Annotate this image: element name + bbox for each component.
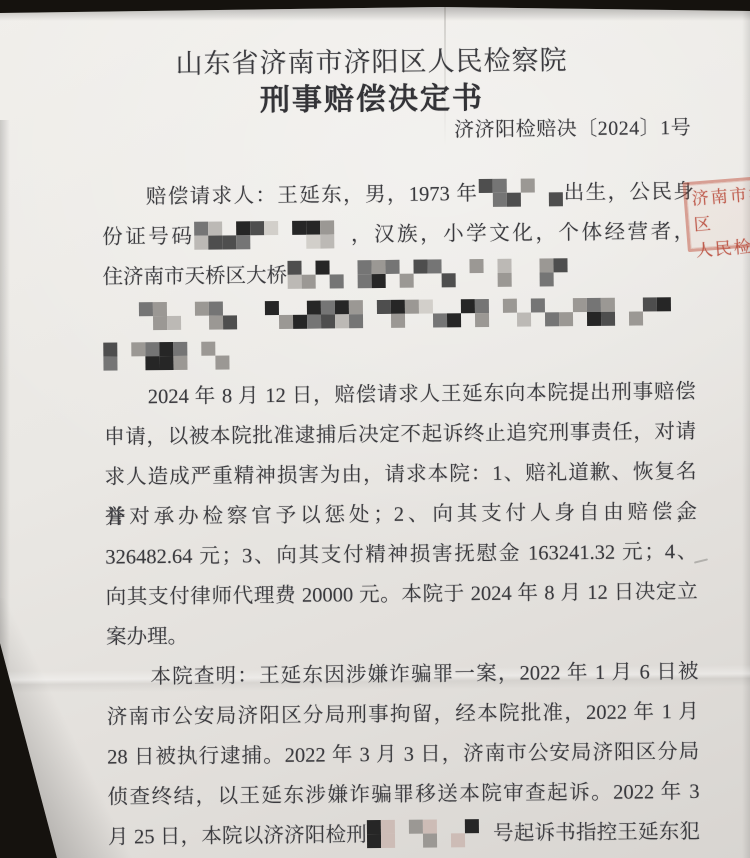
line-text: 本院查明：王延东因涉嫌诈骗罪一案，2022 年 1 月 6 日被 (150, 661, 698, 688)
document-body: 赔偿请求人：王延东，男，1973 年出生，公民身份证号码，汉族，小学文化，个体经… (102, 172, 701, 858)
line-text: 份证号码 (102, 226, 194, 249)
redaction-mosaic (478, 178, 562, 207)
line-text: 济南市公安局济阳区分局刑事拘留，经本院批准，2022 年 1 月 (107, 701, 699, 729)
redaction-mosaic (194, 220, 348, 249)
document-line: 案办理。 (106, 612, 698, 658)
document-line: 济南市公安局济阳区分局刑事拘留，经本院批准，2022 年 1 月 (107, 692, 699, 738)
line-text: 赔偿请求人：王延东，男，1973 年 (146, 183, 479, 208)
line-text: 号起诉书指控王延东犯 (493, 821, 700, 845)
photo-background: { "header": { "court": "山东省济南市济阳区人民检察院",… (0, 0, 750, 858)
line-text: 向其支付律师代理费 20000 元。本院于 2024 年 8 月 12 日决定立 (106, 581, 698, 609)
document-line: 申请，以被本院批准逮捕后决定不起诉终止追究刑事责任，对请 (104, 412, 696, 458)
document-content: 山东省济南市济阳区人民检察院 刑事赔偿决定书 济济阳检赔决〔2024〕1号 赔偿… (0, 0, 750, 858)
line-text: 2024 年 8 月 12 日，赔偿请求人王延东向本院提出刑事赔偿 (148, 381, 696, 408)
line-text: 申请，以被本院批准逮捕后决定不起诉终止追究刑事责任，对请 (104, 421, 696, 449)
line-text: 并对承办检察官予以惩处；2、向其支付人身自由赔偿金 (105, 501, 697, 529)
document-line: 向其支付律师代理费 20000 元。本院于 2024 年 8 月 12 日决定立 (106, 572, 698, 618)
official-seal-stamp: 济南市济阳区 人民检察院 (682, 173, 750, 252)
line-text: 案办理。 (106, 626, 188, 649)
document-line: 月 25 日，本院以济济阳检刑号起诉书指控王延东犯 (108, 812, 700, 858)
document-number: 济济阳检赔决〔2024〕1号 (454, 111, 691, 142)
document-line: 28 日被执行逮捕。2022 年 3 月 3 日，济南市公安局济阳区分局 (107, 732, 699, 778)
document-line: 赔偿请求人：王延东，男，1973 年出生，公民身 (102, 172, 694, 218)
document-line: 本院查明：王延东因涉嫌诈骗罪一案，2022 年 1 月 6 日被 (106, 652, 698, 698)
document-line: 并对承办检察官予以惩处；2、向其支付人身自由赔偿金 (105, 492, 697, 538)
redaction-mosaic (139, 297, 671, 330)
line-text: 326482.64 元；3、向其支付精神损害抚慰金 163241.32 元；4、 (105, 541, 697, 569)
document-line: 份证号码，汉族，小学文化，个体经营者， (102, 212, 694, 258)
redaction-mosaic (103, 341, 243, 370)
seal-text-line1: 济南市济阳区 (691, 178, 750, 239)
document-line: 求人造成严重精神损害为由，请求本院：1、赔礼道歉、恢复名誉， (104, 452, 696, 498)
line-text: 28 日被执行逮捕。2022 年 3 月 3 日，济南市公安局济阳区分局 (107, 741, 699, 769)
document-line: 2024 年 8 月 12 日，赔偿请求人王延东向本院提出刑事赔偿 (104, 372, 696, 418)
document-line: 326482.64 元；3、向其支付精神损害抚慰金 163241.32 元；4、 (105, 532, 697, 578)
line-text: 住济南市天桥区大桥 (103, 265, 288, 289)
line-text: 侦查终结，以王延东涉嫌诈骗罪移送本院审查起诉。2022 年 3 (108, 781, 700, 809)
line-text: 出生，公民身 (562, 181, 694, 204)
line-text: 月 25 日，本院以济济阳检刑 (108, 824, 367, 848)
document-line: 侦查终结，以王延东涉嫌诈骗罪移送本院审查起诉。2022 年 3 (107, 772, 699, 818)
document-line (103, 332, 695, 378)
redaction-mosaic (287, 258, 567, 289)
document-line (103, 292, 695, 338)
redaction-mosaic (367, 819, 493, 848)
document-line: 住济南市天桥区大桥 (102, 252, 694, 298)
line-text: ，汉族，小学文化，个体经营者， (348, 221, 694, 246)
